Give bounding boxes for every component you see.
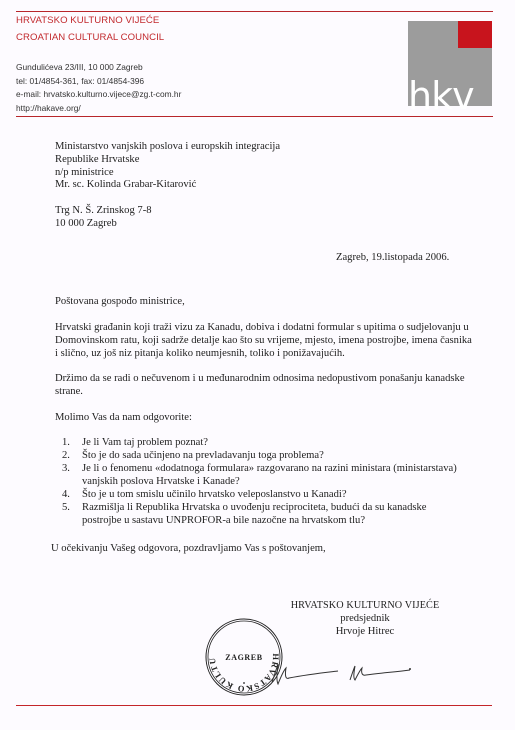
question-item: 1. Je li Vam taj problem poznat? (62, 436, 462, 449)
question-item: 2. Što je do sada učinjeno na prevladava… (62, 449, 462, 462)
logo-text: hkv (408, 77, 474, 115)
signatory-org: HRVATSKO KULTURNO VIJEĆE (270, 599, 460, 612)
recipient-city: 10 000 Zagreb (55, 218, 152, 231)
question-number: 1. (62, 436, 82, 449)
question-item: 5. Razmišlja li Republika Hrvatska o uvo… (62, 501, 462, 527)
salutation: Poštovana gospođo ministrice, (55, 296, 185, 307)
question-number: 2. (62, 449, 82, 462)
recipient-address: Trg N. Š. Zrinskog 7-8 10 000 Zagreb (55, 205, 152, 231)
questions-list: 1. Je li Vam taj problem poznat? 2. Što … (62, 436, 462, 527)
recipient-line: Ministarstvo vanjskih poslova i europski… (55, 141, 280, 154)
org-name-english: CROATIAN CULTURAL COUNCIL (16, 32, 164, 43)
body-paragraph: Molimo Vas da nam odgovorite: (55, 412, 475, 425)
question-text: Što je u tom smislu učinilo hrvatsko vel… (82, 488, 462, 501)
header-top-rule (16, 11, 493, 12)
signatory-name: Hrvoje Hitrec (270, 625, 460, 638)
recipient-line: Republike Hrvatske (55, 154, 280, 167)
org-email: e-mail: hrvatsko.kulturno.vijece@zg.t-co… (16, 88, 181, 102)
org-website: http://hakave.org/ (16, 102, 81, 116)
question-item: 4. Što je u tom smislu učinilo hrvatsko … (62, 488, 462, 501)
body-paragraph: Hrvatski građanin koji traži vizu za Kan… (55, 322, 475, 361)
header-bottom-rule (16, 116, 493, 117)
logo-red-square (458, 21, 492, 48)
org-phone-fax: tel: 01/4854-361, fax: 01/4854-396 (16, 75, 144, 89)
stamp-center-text: ZAGREB (225, 653, 262, 662)
question-number: 4. (62, 488, 82, 501)
recipient-line: n/p ministrice (55, 167, 280, 180)
question-number: 3. (62, 462, 82, 488)
closing-line: U očekivanju Vašeg odgovora, pozdravljam… (51, 543, 326, 554)
org-address: Gundulićeva 23/III, 10 000 Zagreb (16, 61, 143, 75)
question-text: Je li o fenomenu «dodatnoga formulara» r… (82, 462, 462, 488)
hkv-logo: hkv (408, 21, 492, 106)
recipient-street: Trg N. Š. Zrinskog 7-8 (55, 205, 152, 218)
footer-rule (16, 705, 492, 706)
question-text: Što je do sada učinjeno na prevladavanju… (82, 449, 462, 462)
question-item: 3. Je li o fenomenu «dodatnoga formulara… (62, 462, 462, 488)
question-number: 5. (62, 501, 82, 527)
question-text: Je li Vam taj problem poznat? (82, 436, 462, 449)
body-paragraph: Držimo da se radi o nečuvenom i u međuna… (55, 373, 475, 399)
signature-block: HRVATSKO KULTURNO VIJEĆE predsjednik Hrv… (270, 599, 460, 639)
signatory-title: predsjednik (270, 612, 460, 625)
org-name-croatian: HRVATSKO KULTURNO VIJEĆE (16, 15, 159, 26)
question-text: Razmišlja li Republika Hrvatska o uvođen… (82, 501, 462, 527)
recipient-block: Ministarstvo vanjskih poslova i europski… (55, 141, 280, 192)
recipient-line: Mr. sc. Kolinda Grabar-Kitarović (55, 179, 280, 192)
handwritten-signature-icon (270, 660, 430, 690)
date-line: Zagreb, 19.listopada 2006. (336, 252, 449, 263)
